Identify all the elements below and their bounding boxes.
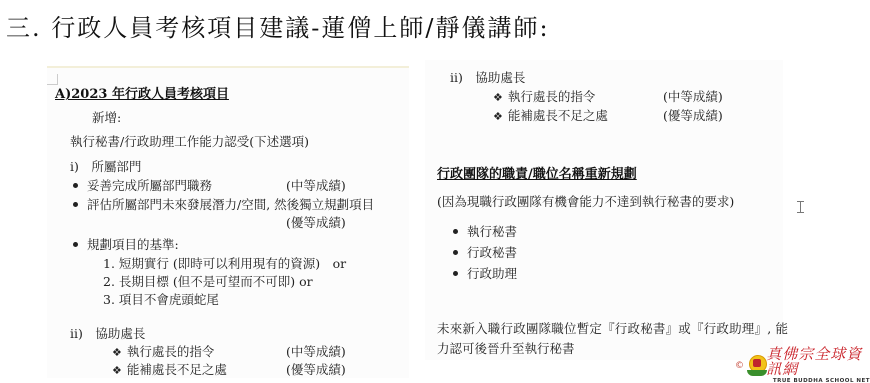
bullet-icon [73,202,78,207]
intro-text: 執行秘書/行政助理工作能力認受(下述選項) [70,132,309,150]
grade-label: (優等成績) [286,360,346,378]
team-restructure-heading: 行政團隊的職責/職位名稱重新規劃 [437,163,637,182]
list-item: 評估所屬部門未來發展潛力/空間, 然後獨立規劃項目 [73,195,374,213]
assessment-heading: A)2023 年行政人員考核項目 [55,83,229,102]
watermark-name-en: TRUE BUDDHA SCHOOL NET [766,379,870,383]
watermark: © 真佛宗全球資訊網 TRUE BUDDHA SCHOOL NET [735,352,870,380]
diamond-bullet-icon: ❖ [112,364,122,377]
criteria-item: 3. 項目不會虎頭蛇尾 [103,290,219,308]
list-item: 妥善完成所屬部門職務 [73,176,212,194]
left-document-page: A)2023 年行政人員考核項目 新增: 執行秘書/行政助理工作能力認受(下述選… [47,66,409,378]
section-ii-label: ii) 協助處長 [70,324,145,342]
grade-label: (中等成績) [663,87,723,105]
role-item-text: 行政秘書 [467,245,517,260]
diamond-bullet-icon: ❖ [493,110,503,123]
watermark-text: 真佛宗全球資訊網 TRUE BUDDHA SCHOOL NET [766,347,870,383]
role-item: 執行秘書 [453,222,517,240]
slide-title: 三. 行政人員考核項目建議-蓮僧上師/靜儀講師: [6,8,550,43]
bullet-icon [453,229,458,234]
future-role-text-line2: 力認可後晉升至執行秘書 [437,339,575,357]
diamond-bullet-icon: ❖ [493,91,503,104]
list-item: 規劃項目的基準: [73,235,179,253]
grade-label: (中等成績) [286,176,346,194]
bullet-icon [453,271,458,276]
list-item: ❖執行處長的指令 [493,87,595,105]
list-item-text: 評估所屬部門未來發展潛力/空間, 然後獨立規劃項目 [87,197,374,212]
future-role-text-line1: 未來新入職行政團隊職位暫定『行政秘書』或『行政助理』, 能 [437,319,788,337]
restructure-note: (因為現職行政團隊有機會能力不達到執行秘書的要求) [437,192,734,210]
text-ibeam-cursor-icon [797,201,804,213]
role-item: 行政助理 [453,264,517,282]
criteria-item: 2. 長期目標 (但不是可望而不可即) or [103,272,313,290]
list-item-text: 妥善完成所屬部門職務 [87,178,212,193]
list-item-text: 能補處長不足之處 [508,108,608,123]
section-i-label: i) 所屬部門 [70,157,141,175]
bullet-icon [73,242,78,247]
role-item-text: 執行秘書 [467,224,517,239]
diamond-bullet-icon: ❖ [112,346,122,359]
bullet-icon [453,250,458,255]
criteria-item: 1. 短期實行 (即時可以利用現有的資源) or [103,254,346,272]
true-buddha-school-logo-icon [747,355,763,377]
section-ii-label: ii) 協助處長 [450,68,525,86]
role-item-text: 行政助理 [467,266,517,281]
grade-label: (中等成績) [286,342,346,360]
list-item: ❖能補處長不足之處 [493,106,608,124]
slide: 三. 行政人員考核項目建議-蓮僧上師/靜儀講師: A)2023 年行政人員考核項… [0,0,870,383]
list-item: ❖執行處長的指令 [112,342,214,360]
added-label: 新增: [92,108,121,126]
grade-label: (優等成績) [286,213,346,231]
grade-label: (優等成績) [663,106,723,124]
copyright-icon: © [735,361,744,371]
list-item-text: 能補處長不足之處 [127,362,227,377]
list-item-text: 執行處長的指令 [127,344,215,359]
watermark-name-cn: 真佛宗全球資訊網 [766,347,870,377]
list-item: ❖能補處長不足之處 [112,360,227,378]
list-item-text: 執行處長的指令 [508,89,596,104]
right-document-page: ii) 協助處長 ❖執行處長的指令 (中等成績) ❖能補處長不足之處 (優等成績… [425,60,783,360]
list-item-text: 規劃項目的基準: [87,237,179,252]
bullet-icon [73,183,78,188]
role-item: 行政秘書 [453,243,517,261]
